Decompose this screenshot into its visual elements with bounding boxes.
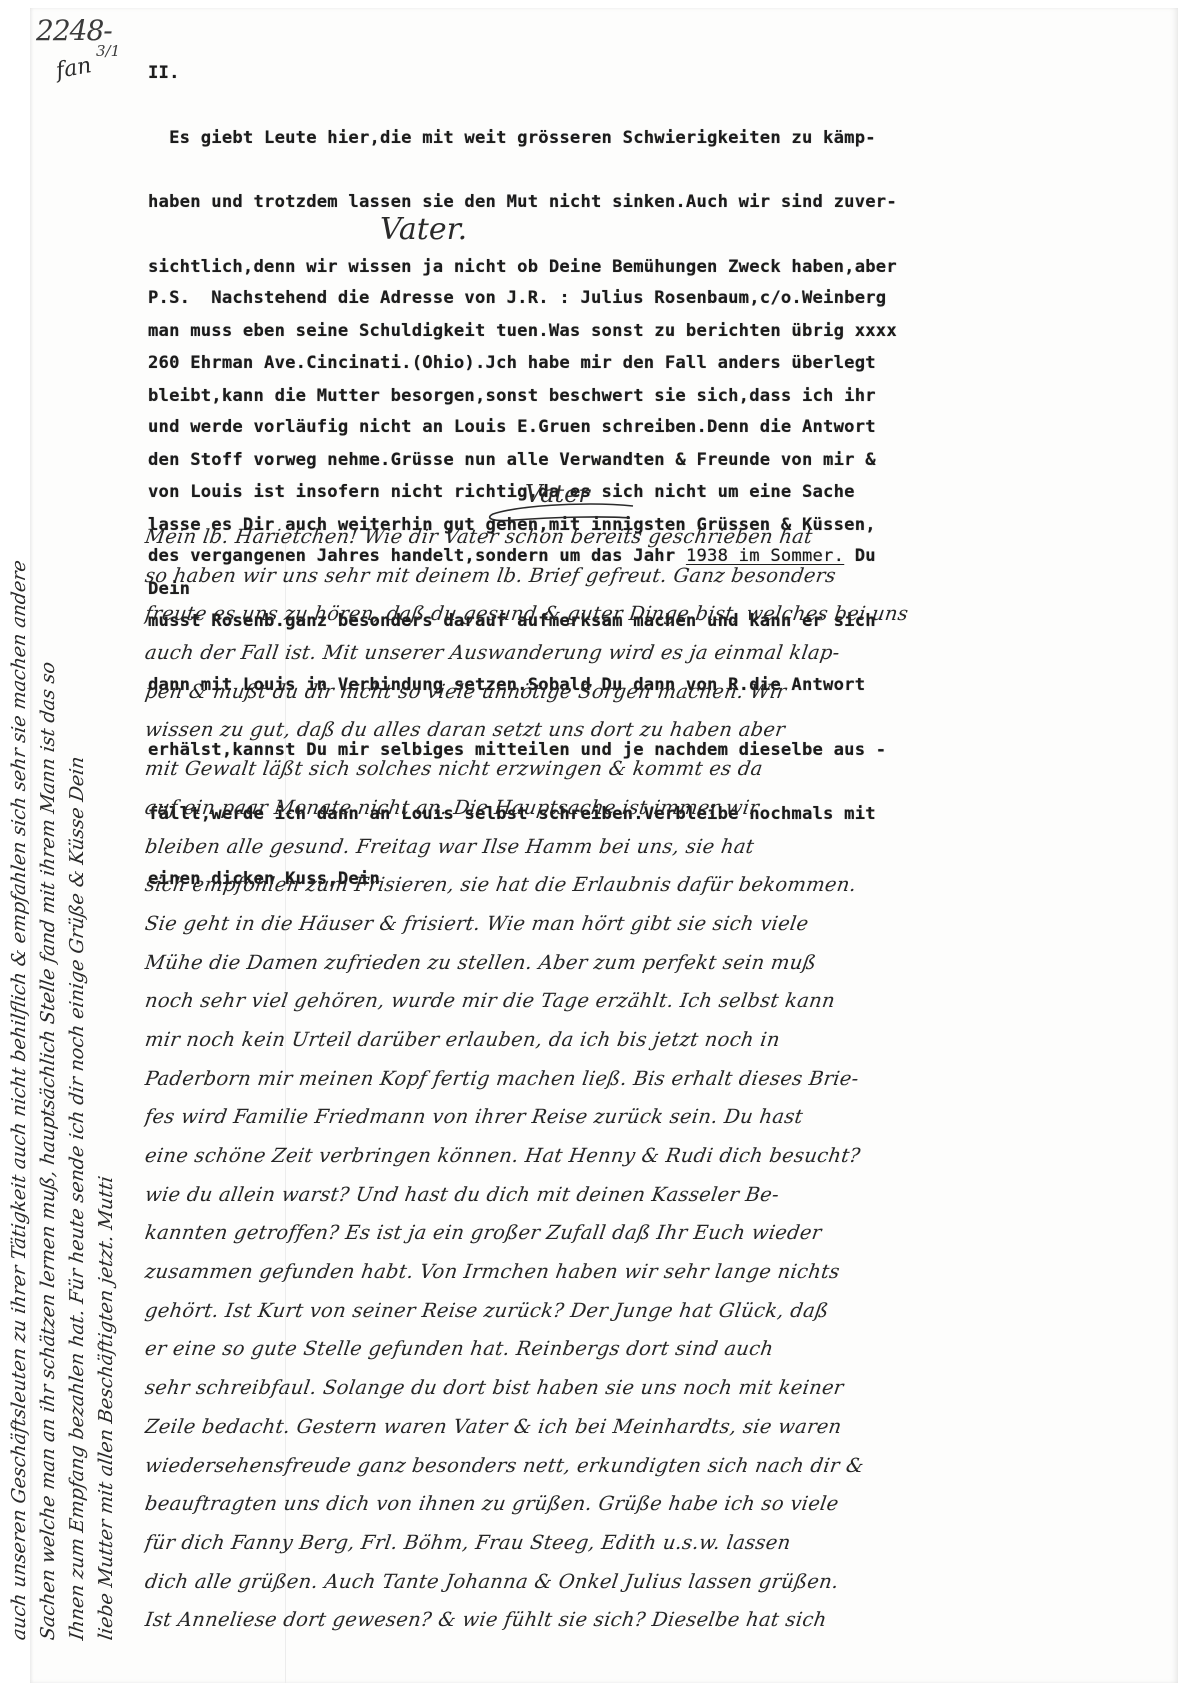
ps-line: 260 Ehrman Ave.Cincinati.(Ohio).Jch habe… (148, 353, 1178, 375)
handwritten-line: mir noch kein Urteil darüber erlauben, d… (142, 1021, 1177, 1060)
ps-line: und werde vorläufig nicht an Louis E.Gru… (148, 417, 1178, 439)
ps-line: P.S. Nachstehend die Adresse von J.R. : … (148, 288, 1178, 310)
handwritten-line: beauftragten uns dich von ihnen zu grüße… (142, 1485, 1177, 1524)
handwritten-line: zusammen gefunden habt. Von Irmchen habe… (142, 1253, 1177, 1292)
signature-vater: Vater. (380, 212, 467, 247)
margin-line: auch unseren Geschäftsleuten zu ihrer Tä… (5, 78, 34, 1642)
handwritten-line: für dich Fanny Berg, Frl. Böhm, Frau Ste… (142, 1524, 1177, 1563)
handwritten-line: so haben wir uns sehr mit deinem lb. Bri… (142, 557, 1177, 596)
handwritten-line: auf ein paar Monate nicht an. Die Haupts… (142, 789, 1177, 828)
typed-line: Es giebt Leute hier,die mit weit grösser… (148, 128, 1178, 150)
handwritten-line: auch der Fall ist. Mit unserer Auswander… (142, 634, 1177, 673)
handwritten-line: fes wird Familie Friedmann von ihrer Rei… (142, 1098, 1177, 1137)
handwritten-line: Zeile bedacht. Gestern waren Vater & ich… (142, 1408, 1177, 1447)
handwritten-line: Mühe die Damen zufrieden zu stellen. Abe… (142, 944, 1177, 983)
handwritten-line: Mein lb. Harietchen! Wie dir Vater schon… (142, 518, 1177, 557)
handwritten-line: wissen zu gut, daß du alles daran setzt … (142, 711, 1177, 750)
handwritten-line: wiedersehensfreude ganz besonders nett, … (142, 1447, 1177, 1486)
handwritten-line: dich alle grüßen. Auch Tante Johanna & O… (142, 1563, 1177, 1602)
margin-vertical-note: auch unseren Geschäftsleuten zu ihrer Tä… (5, 80, 125, 1640)
handwritten-line: pen & mußt du dir nicht so viele unnötig… (142, 673, 1177, 712)
handwritten-line: mit Gewalt läßt sich solches nicht erzwi… (142, 750, 1177, 789)
handwritten-letter-body: Mein lb. Harietchen! Wie dir Vater schon… (145, 518, 1175, 1640)
section-heading: II. (148, 63, 1178, 85)
ps-line: von Louis ist insofern nicht richtig,da … (148, 482, 1178, 504)
handwritten-line: Ist Anneliese dort gewesen? & wie fühlt … (142, 1601, 1177, 1640)
handwritten-line: gehört. Ist Kurt von seiner Reise zurück… (142, 1292, 1177, 1331)
handwritten-line: wie du allein warst? Und hast du dich mi… (142, 1176, 1177, 1215)
handwritten-line: sich empfohlen zum Frisieren, sie hat di… (142, 866, 1177, 905)
handwritten-line: noch sehr viel gehören, wurde mir die Ta… (142, 982, 1177, 1021)
handwritten-line: Sie geht in die Häuser & frisiert. Wie m… (142, 905, 1177, 944)
handwritten-line: eine schöne Zeit verbringen können. Hat … (142, 1137, 1177, 1176)
margin-line: liebe Mutter mit allen Beschäftigten jet… (92, 78, 121, 1642)
handwritten-line: sehr schreibfaul. Solange du dort bist h… (142, 1369, 1177, 1408)
archive-subnumber: 3/1 (96, 42, 120, 60)
margin-line: Ihnen zum Empfang bezahlen hat. Für heut… (63, 78, 92, 1642)
handwritten-line: Paderborn mir meinen Kopf fertig machen … (142, 1060, 1177, 1099)
handwritten-line: er eine so gute Stelle gefunden hat. Rei… (142, 1330, 1177, 1369)
handwritten-line: kannten getroffen? Es ist ja ein großer … (142, 1214, 1177, 1253)
margin-line: Sachen welche man an ihr schätzen lernen… (34, 78, 63, 1642)
handwritten-line: freute es uns zu hören, daß du gesund & … (142, 595, 1177, 634)
handwritten-line: bleiben alle gesund. Freitag war Ilse Ha… (142, 828, 1177, 867)
typed-line: haben und trotzdem lassen sie den Mut ni… (148, 192, 1178, 214)
page-edge (1178, 0, 1200, 1683)
